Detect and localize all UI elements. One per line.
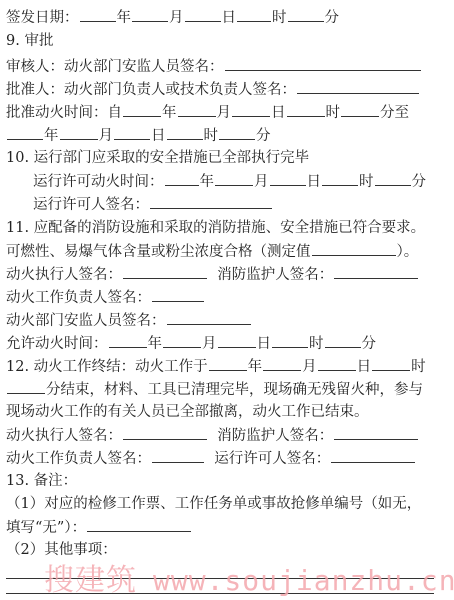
watermark-url: www.soujianzhu.cn — [153, 564, 454, 597]
day-label: 日 — [271, 105, 286, 121]
year-label: 年 — [248, 359, 263, 375]
to-day-field[interactable] — [114, 124, 150, 140]
remark-1-label: 填写“无”）： — [6, 520, 86, 536]
s12-fire-guard-signature-field[interactable] — [334, 424, 418, 440]
section-12-title: 12. 动火工作终结：动火工作于 — [6, 359, 208, 375]
allowed-time-row: 允许动火时间：年月日时分 — [6, 332, 376, 354]
remark-1-line1: （1）对应的检修工作票、工作任务单或事故抢修单编号（如无， — [6, 493, 421, 515]
watermark: 搜建筑www.soujianzhu.cn — [44, 555, 454, 599]
year-label: 年 — [44, 128, 59, 144]
day-label: 日 — [222, 10, 237, 26]
issue-hour-field[interactable] — [237, 6, 271, 22]
month-label: 月 — [99, 128, 114, 144]
day-label: 日 — [257, 336, 272, 352]
hour-label: 时 — [326, 105, 341, 121]
work-leader-label: 动火工作负责人签名： — [6, 290, 151, 306]
end-minute-field[interactable] — [7, 378, 45, 394]
section-10-title: 10. 运行部门应采取的安全措施已全部执行完毕 — [6, 147, 309, 169]
fire-guard-label: 消防监护人签名： — [217, 428, 333, 444]
end-hour-field[interactable] — [372, 355, 410, 371]
work-leader-label: 动火工作负责人签名： — [6, 451, 151, 467]
fire-guard-label: 消防监护人签名： — [217, 267, 333, 283]
work-leader-signature-field[interactable] — [152, 286, 204, 302]
permit-signer-row: 运行许可人签名： — [33, 193, 273, 215]
section-12-row1: 12. 动火工作终结：动火工作于年月日时 — [6, 355, 426, 377]
end-day-field[interactable] — [318, 355, 356, 371]
reviewer-label: 审核人：动火部门安监人员签名： — [6, 59, 224, 75]
s11-executor-row: 动火执行人签名： 消防监护人签名： — [6, 263, 419, 285]
allowed-time-label: 允许动火时间： — [6, 336, 108, 352]
executor-signature-field[interactable] — [123, 263, 207, 279]
s11-safety-officer-row: 动火部门安监人员签名： — [6, 309, 252, 331]
section-11-title: 11. 应配备的消防设施和采取的消防措施、安全措施已符合要求。 — [6, 217, 425, 239]
permit-year-field[interactable] — [165, 170, 199, 186]
reviewer-signature-field[interactable] — [225, 55, 421, 71]
gas-check-end: ）。 — [397, 244, 419, 260]
permit-time-row: 运行许可动火时间：年月日时分 — [33, 170, 426, 192]
safety-officer-signature-field[interactable] — [167, 309, 251, 325]
issue-minute-field[interactable] — [288, 6, 324, 22]
minute-label: 分 — [362, 336, 377, 352]
permit-minute-field[interactable] — [375, 170, 411, 186]
remark-1-line2: 填写“无”）： — [6, 516, 192, 538]
end-month-field[interactable] — [263, 355, 301, 371]
permit-day-field[interactable] — [270, 170, 306, 186]
day-label: 日 — [307, 174, 322, 190]
fire-guard-signature-field[interactable] — [334, 263, 418, 279]
hour-label: 时 — [204, 128, 219, 144]
permit-month-field[interactable] — [215, 170, 253, 186]
to-month-field[interactable] — [60, 124, 98, 140]
permit-signer-label: 运行许可人签名： — [214, 451, 330, 467]
from-minute-field[interactable] — [341, 101, 379, 117]
issue-date-label: 签发日期： — [6, 10, 79, 26]
hour-label: 时 — [272, 10, 287, 26]
s12-permit-signer-field[interactable] — [331, 447, 415, 463]
month-label: 月 — [169, 10, 184, 26]
measured-value-field[interactable] — [312, 240, 396, 256]
day-label: 日 — [357, 359, 372, 375]
to-hour-field[interactable] — [167, 124, 203, 140]
safety-officer-label: 动火部门安监人员签名： — [6, 313, 166, 329]
approved-time-row: 批准动火时间：自年月日时分至 — [6, 101, 409, 123]
minute-label: 分 — [256, 128, 271, 144]
from-year-field[interactable] — [123, 101, 161, 117]
executor-label: 动火执行人签名： — [6, 267, 122, 283]
ticket-number-field[interactable] — [87, 516, 191, 532]
approver-label: 批准人：动火部门负责人或技术负责人签名： — [6, 82, 296, 98]
allowed-year-field[interactable] — [109, 332, 147, 348]
s12-work-leader-signature-field[interactable] — [152, 447, 204, 463]
hour-label: 时 — [309, 336, 324, 352]
permit-signer-label: 运行许可人签名： — [33, 197, 149, 213]
s12-executor-row: 动火执行人签名： 消防监护人签名： — [6, 424, 419, 446]
s12-executor-signature-field[interactable] — [123, 424, 207, 440]
section-9-title: 9. 审批 — [6, 30, 53, 52]
month-label: 月 — [202, 336, 217, 352]
permit-time-label: 运行许可动火时间： — [33, 174, 164, 190]
allowed-hour-field[interactable] — [272, 332, 308, 348]
hour-label: 时 — [411, 359, 426, 375]
s12-work-leader-row: 动火工作负责人签名： 运行许可人签名： — [6, 447, 416, 469]
hour-label: 时 — [359, 174, 374, 190]
to-minute-field[interactable] — [219, 124, 255, 140]
year-label: 年 — [162, 105, 177, 121]
section-12-line2: 分结束，材料、工具已清理完毕，现场确无残留火种，参与 — [46, 382, 423, 398]
reviewer-row: 审核人：动火部门安监人员签名： — [6, 55, 422, 77]
month-label: 月 — [254, 174, 269, 190]
month-label: 月 — [217, 105, 232, 121]
issue-day-field[interactable] — [185, 6, 221, 22]
issue-year-field[interactable] — [80, 6, 116, 22]
minute-label: 分 — [325, 10, 340, 26]
approver-row: 批准人：动火部门负责人或技术负责人签名： — [6, 78, 420, 100]
from-month-field[interactable] — [178, 101, 216, 117]
end-year-field[interactable] — [209, 355, 247, 371]
executor-label: 动火执行人签名： — [6, 428, 122, 444]
allowed-month-field[interactable] — [163, 332, 201, 348]
allowed-minute-field[interactable] — [325, 332, 361, 348]
from-day-field[interactable] — [232, 101, 270, 117]
day-label: 日 — [151, 128, 166, 144]
watermark-cn: 搜建筑 — [44, 563, 137, 598]
year-label: 年 — [200, 174, 215, 190]
approver-signature-field[interactable] — [297, 78, 419, 94]
approved-time-end-row: 年月日时分 — [6, 124, 271, 146]
month-label: 月 — [302, 359, 317, 375]
allowed-day-field[interactable] — [218, 332, 256, 348]
section-12-row3: 现场动火工作的有关人员已全部撤离，动火工作已结束。 — [6, 401, 369, 423]
year-label: 年 — [148, 336, 163, 352]
approved-time-label: 批准动火时间：自 — [6, 105, 122, 121]
gas-check-label: 可燃性、易爆气体含量或粉尘浓度合格（测定值 — [6, 244, 311, 260]
minute-to-label: 分至 — [380, 105, 409, 121]
s11-work-leader-row: 动火工作负责人签名： — [6, 286, 205, 308]
issue-date-row: 签发日期：年月日时分 — [6, 6, 339, 28]
minute-label: 分 — [412, 174, 427, 190]
year-label: 年 — [117, 10, 132, 26]
section-12-row2: 分结束，材料、工具已清理完毕，现场确无残留火种，参与 — [6, 378, 423, 400]
permit-hour-field[interactable] — [322, 170, 358, 186]
permit-signer-field[interactable] — [150, 193, 272, 209]
from-hour-field[interactable] — [287, 101, 325, 117]
issue-month-field[interactable] — [132, 6, 168, 22]
gas-check-row: 可燃性、易爆气体含量或粉尘浓度合格（测定值）。 — [6, 240, 418, 262]
to-year-field[interactable] — [7, 124, 43, 140]
section-13-title: 13. 备注： — [6, 470, 77, 492]
